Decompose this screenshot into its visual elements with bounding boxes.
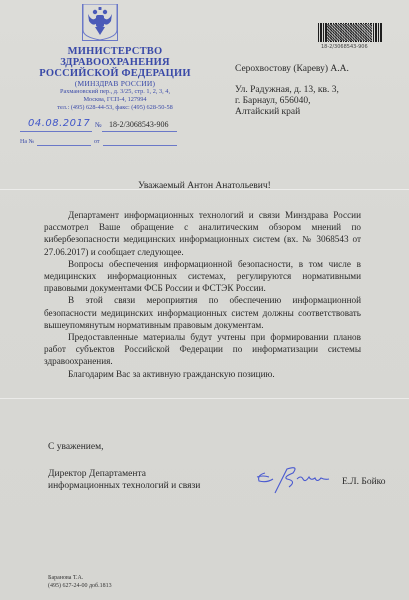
barcode-icon [318,23,382,42]
ministry-short-name: (МИНЗДРАВ РОССИИ) [30,79,200,88]
ministry-address: Рахмановский пер., д. 3/25, стр. 1, 2, 3… [20,88,210,112]
body-paragraph: В этой связи мероприятия по обеспечению … [44,294,361,331]
recipient-block: Серохвостову (Кареву) А.А. Ул. Радужная,… [235,64,349,118]
body-paragraph: Вопросы обеспечения информационной безоп… [44,258,361,295]
recipient-address-line: Алтайский край [235,107,349,118]
handwritten-date: 04.08.2017 [28,118,90,129]
barcode-number: 18-2/3068543-906 [321,44,368,50]
signer-title-line: Директор Департамента [48,469,200,481]
date-underline [20,131,92,132]
address-line: Москва, ГСП-4, 127994 [20,96,210,104]
recipient-address-line: Ул. Радужная, д. 13, кв. 3, [235,85,349,96]
letter-body: Департамент информационных технологий и … [44,209,361,380]
letter-page: МИНИСТЕРСТВО ЗДРАВООХРАНЕНИЯ РОССИЙСКОЙ … [0,0,409,600]
ministry-line: ЗДРАВООХРАНЕНИЯ [30,57,200,68]
registration-number: 18-2/3068543-906 [109,120,169,129]
ministry-line: МИНИСТЕРСТВО [30,46,200,57]
body-paragraph: Благодарим Вас за активную гражданскую п… [44,368,361,380]
reference-date-label: от [94,139,100,145]
body-paragraph: Предоставленные материалы будут учтены п… [44,331,361,368]
paper-fold [0,398,409,399]
recipient-name: Серохвостову (Кареву) А.А. [235,64,349,75]
handwritten-signature-icon [253,463,333,504]
coat-of-arms-icon [82,4,118,41]
signer-name: Е.Л. Бойко [342,477,386,487]
signer-title: Директор Департамента информационных тех… [48,469,200,492]
contact-line: тел.: (495) 628-44-53, факс: (495) 628-5… [20,104,210,112]
barcode-pattern [327,24,372,41]
signer-title-line: информационных технологий и связи [48,481,200,493]
body-paragraph: Департамент информационных технологий и … [44,209,361,258]
reference-number-line [37,145,91,146]
ministry-name: МИНИСТЕРСТВО ЗДРАВООХРАНЕНИЯ РОССИЙСКОЙ … [30,46,200,88]
reference-date-line [103,145,177,146]
reference-number-label: На № [20,139,34,145]
number-sign: № [95,121,102,129]
executor-name: Баранова Т.А. [48,574,112,582]
closing: С уважением, [48,442,103,452]
salutation: Уважаемый Антон Анатольевич! [0,181,409,191]
number-underline [102,131,177,132]
address-line: Рахмановский пер., д. 3/25, стр. 1, 2, 3… [20,88,210,96]
recipient-address-line: г. Барнаул, 656040, [235,96,349,107]
executor-info: Баранова Т.А. (495) 627-24-00 доб.1813 [48,574,112,590]
ministry-line: РОССИЙСКОЙ ФЕДЕРАЦИИ [30,68,200,79]
executor-phone: (495) 627-24-00 доб.1813 [48,582,112,590]
